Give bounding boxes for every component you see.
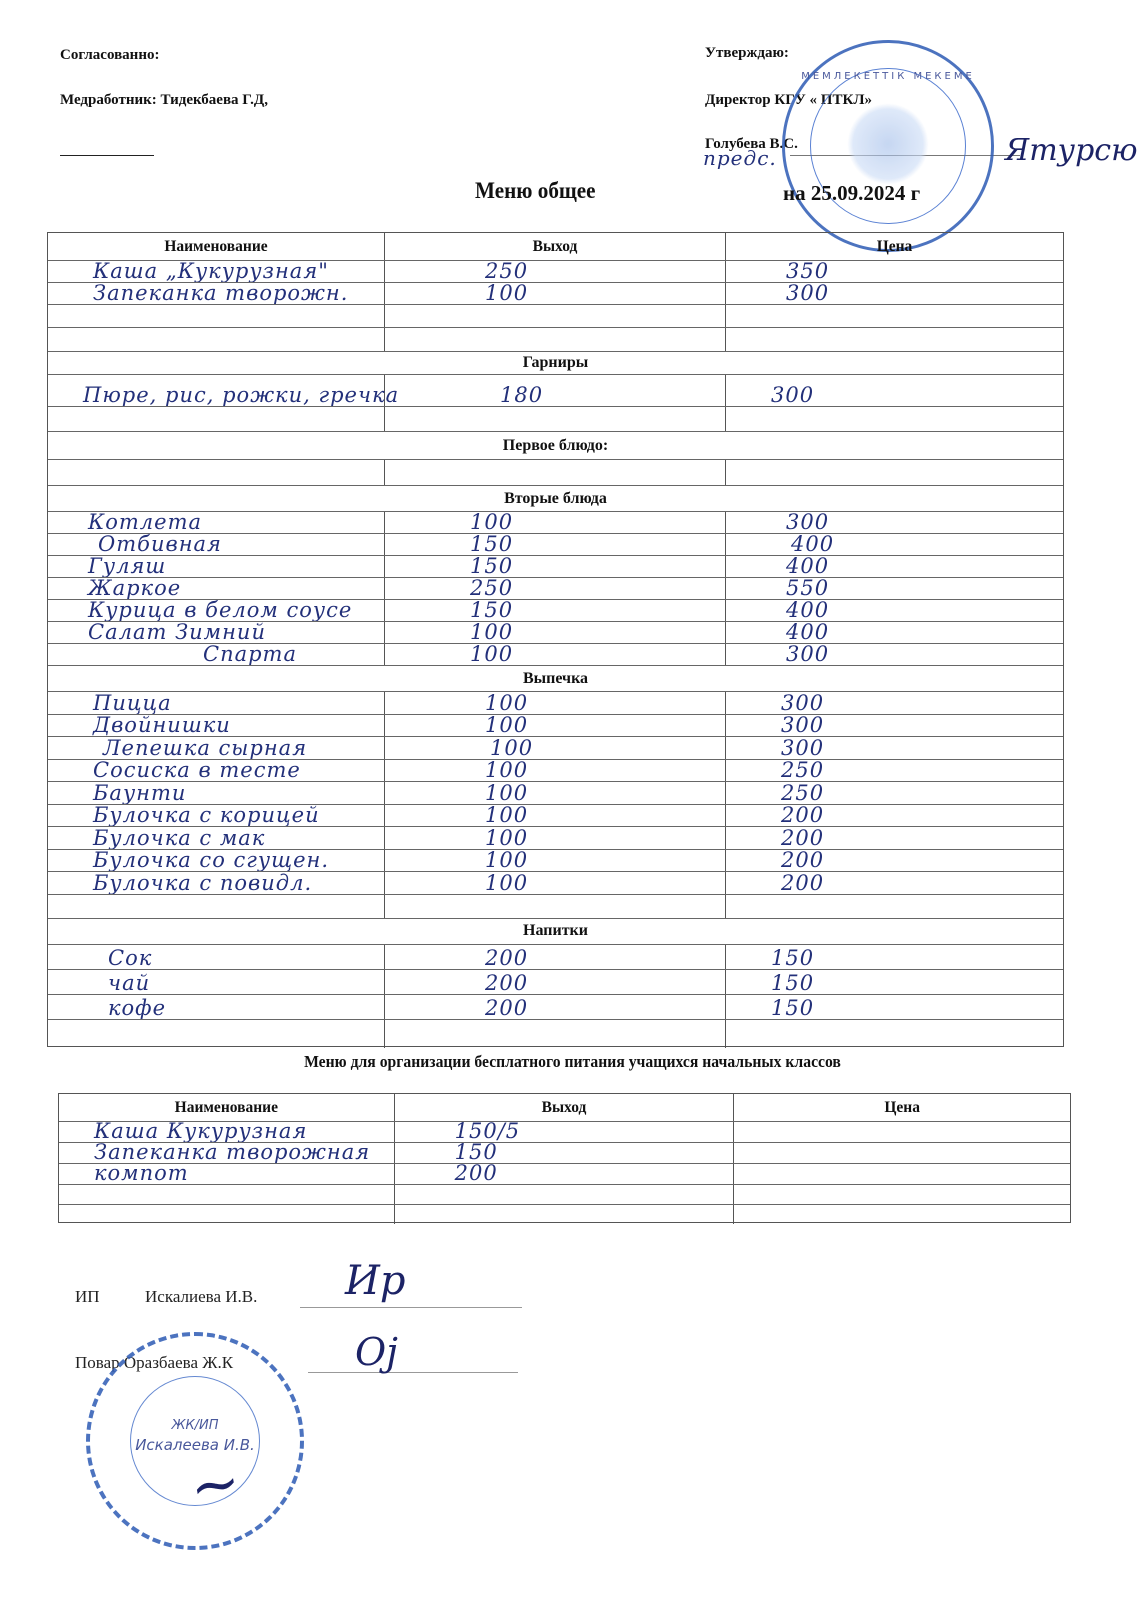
table-row: Булочка с корицей100200: [48, 804, 1063, 827]
cell-price: 250: [726, 782, 1063, 804]
ip-label: ИП: [75, 1287, 100, 1307]
item-price: 200: [781, 827, 824, 849]
cell-name: [59, 1205, 395, 1224]
cell-price: [726, 328, 1063, 351]
table-row: Запеканка творожн.100300: [48, 282, 1063, 304]
cell-price: 400: [726, 556, 1063, 577]
cell-output: [395, 1185, 735, 1204]
item-price: 150: [771, 972, 814, 994]
cell-price: [726, 407, 1063, 431]
section-row: Вторые блюда: [48, 485, 1063, 511]
cell-output: [395, 1205, 735, 1224]
cell-output: 100: [385, 827, 726, 849]
item-output: 100: [485, 759, 528, 781]
cell-name: Курица в белом соусе: [48, 600, 385, 621]
ip-signature: Ир: [345, 1258, 406, 1304]
table-row: Каша „Кукурузная"250350: [48, 260, 1063, 282]
cell-name: Запеканка творожн.: [48, 283, 385, 304]
item-name: компот: [94, 1162, 189, 1184]
item-name: Лепешка сырная: [103, 737, 307, 759]
cell-output: 150: [395, 1143, 735, 1163]
section-title: Выпечка: [48, 666, 1063, 691]
item-price: 400: [791, 533, 834, 555]
item-name: Каша Кукурузная: [94, 1120, 307, 1142]
cell-name: Жаркое: [48, 578, 385, 599]
cell-name: Двойнишки: [48, 715, 385, 737]
approve-label: Утверждаю:: [705, 45, 789, 62]
item-output: 200: [485, 972, 528, 994]
table-row: [48, 406, 1063, 431]
cell-output: 100: [385, 622, 726, 643]
table-row: Пюре, рис, рожки, гречка180300: [48, 374, 1063, 406]
item-price: 250: [781, 759, 824, 781]
item-price: 400: [786, 555, 829, 577]
cell-price: 150: [726, 945, 1063, 969]
cell-price: 550: [726, 578, 1063, 599]
cell-price: 400: [726, 534, 1063, 555]
section-title: Вторые блюда: [48, 486, 1063, 511]
cell-price: [734, 1122, 1070, 1142]
free-menu-table: НаименованиеВыходЦенаКаша Кукурузная150/…: [58, 1093, 1071, 1223]
table-row: Булочка с повидл.100200: [48, 871, 1063, 894]
cell-output: 200: [395, 1164, 735, 1184]
cell-price: 300: [726, 283, 1063, 304]
cell-output: 180: [385, 375, 726, 406]
cell-name: Пюре, рис, рожки, гречка: [48, 375, 385, 406]
item-price: 400: [786, 621, 829, 643]
item-name: Запеканка творожн.: [93, 282, 348, 304]
handwritten-note: предс.: [703, 146, 777, 170]
cell-price: 150: [726, 970, 1063, 994]
table-row: Пицца100300: [48, 691, 1063, 714]
cell-name: [48, 895, 385, 918]
stamp-top-text: МЕМЛЕКЕТТІК МЕКЕМЕ: [785, 71, 991, 82]
item-output: 100: [470, 621, 513, 643]
item-price: 150: [771, 997, 814, 1019]
cell-price: 300: [726, 715, 1063, 737]
cell-price: [734, 1164, 1070, 1184]
table-row: [59, 1204, 1070, 1224]
item-name: Булочка с повидл.: [93, 872, 312, 894]
item-output: 100: [485, 849, 528, 871]
cell-output: 150: [385, 534, 726, 555]
cell-name: [59, 1185, 395, 1204]
section-title: Гарниры: [48, 352, 1063, 374]
item-output: 200: [455, 1162, 498, 1184]
item-output: 100: [485, 804, 528, 826]
cell-name: Булочка со сгущен.: [48, 850, 385, 872]
item-price: 150: [771, 947, 814, 969]
table-row: Салат Зимний100400: [48, 621, 1063, 643]
item-output: 150/5: [455, 1120, 521, 1142]
item-output: 100: [490, 737, 533, 759]
section-row: Гарниры: [48, 351, 1063, 374]
item-price: 250: [781, 782, 824, 804]
cook-signature: Оj: [355, 1330, 398, 1374]
cell-output: 100: [385, 850, 726, 872]
cell-output: [385, 460, 726, 485]
medic-name: Медработник: Тидекбаева Г.Д,: [60, 92, 268, 109]
cell-name: Сок: [48, 945, 385, 969]
menu-title: Меню общее: [475, 178, 596, 204]
item-name: кофе: [108, 997, 166, 1019]
cell-price: [734, 1143, 1070, 1163]
cell-price: [734, 1185, 1070, 1204]
cell-name: Пицца: [48, 692, 385, 714]
cell-output: [385, 895, 726, 918]
cell-price: 300: [726, 512, 1063, 533]
cell-name: Запеканка творожная: [59, 1143, 395, 1163]
column-output: Выход: [395, 1094, 735, 1121]
item-name: Двойнишки: [93, 714, 231, 736]
column-name: Наименование: [48, 233, 385, 260]
item-name: Пицца: [93, 692, 172, 714]
stamp-line-1: ЖК/ИП: [90, 1418, 300, 1433]
cell-price: [726, 305, 1063, 327]
item-output: 150: [470, 533, 513, 555]
item-name: Булочка со сгущен.: [93, 849, 329, 871]
cell-output: 150: [385, 556, 726, 577]
item-output: 250: [485, 260, 528, 282]
cell-name: Баунти: [48, 782, 385, 804]
item-output: 100: [485, 827, 528, 849]
item-price: 200: [781, 872, 824, 894]
cell-name: Лепешка сырная: [48, 737, 385, 759]
item-name: Запеканка творожная: [94, 1141, 370, 1163]
cell-output: 100: [385, 512, 726, 533]
table-row: [48, 327, 1063, 351]
cell-output: 100: [385, 692, 726, 714]
table-row: Жаркое250550: [48, 577, 1063, 599]
table-row: Двойнишки100300: [48, 714, 1063, 737]
column-price: Цена: [726, 233, 1063, 260]
item-price: 350: [786, 260, 829, 282]
cell-output: [385, 407, 726, 431]
table-row: Сок200150: [48, 944, 1063, 969]
cook-signature-line: [308, 1372, 518, 1373]
cell-name: Каша „Кукурузная": [48, 261, 385, 282]
cell-price: 300: [726, 692, 1063, 714]
header-row: НаименованиеВыходЦена: [59, 1094, 1070, 1121]
cell-price: 300: [726, 737, 1063, 759]
table-row: [48, 459, 1063, 485]
item-price: 300: [786, 643, 829, 665]
cell-name: Спарта: [48, 644, 385, 665]
cell-output: 100: [385, 283, 726, 304]
emblem-icon: [847, 103, 929, 185]
item-price: 200: [781, 849, 824, 871]
cell-price: [734, 1205, 1070, 1224]
cell-price: 300: [726, 375, 1063, 406]
item-name: Спарта: [203, 643, 297, 665]
general-menu-table: НаименованиеВыходЦенаКаша „Кукурузная"25…: [47, 232, 1064, 1047]
cell-name: [48, 328, 385, 351]
table-row: Запеканка творожная150: [59, 1142, 1070, 1163]
cell-output: 150: [385, 600, 726, 621]
item-price: 300: [781, 737, 824, 759]
table-row: Котлета100300: [48, 511, 1063, 533]
item-price: 300: [786, 282, 829, 304]
table-row: [48, 894, 1063, 918]
cell-price: 400: [726, 600, 1063, 621]
cell-price: [726, 460, 1063, 485]
table-row: [48, 1019, 1063, 1049]
free-menu-title: Меню для организации бесплатного питания…: [29, 1052, 1117, 1072]
cell-name: Котлета: [48, 512, 385, 533]
table-row: Баунти100250: [48, 781, 1063, 804]
item-output: 150: [470, 555, 513, 577]
item-output: 200: [485, 997, 528, 1019]
section-title: Первое блюдо:: [48, 432, 1063, 459]
cell-output: [385, 305, 726, 327]
cell-output: 200: [385, 945, 726, 969]
item-price: 200: [781, 804, 824, 826]
official-stamp-top: МЕМЛЕКЕТТІК МЕКЕМЕ: [782, 40, 994, 252]
cell-price: 150: [726, 995, 1063, 1019]
section-row: Напитки: [48, 918, 1063, 944]
cell-price: 200: [726, 805, 1063, 827]
item-price: 550: [786, 577, 829, 599]
cell-name: чай: [48, 970, 385, 994]
table-row: Сосиска в тесте100250: [48, 759, 1063, 782]
item-name: Салат Зимний: [88, 621, 266, 643]
column-price: Цена: [734, 1094, 1070, 1121]
cell-output: 250: [385, 261, 726, 282]
item-price: 400: [786, 599, 829, 621]
cell-price: 200: [726, 872, 1063, 894]
cell-name: Булочка с мак: [48, 827, 385, 849]
cell-output: 100: [385, 715, 726, 737]
director-signature: Ятурсю: [1005, 133, 1138, 168]
cell-name: Гуляш: [48, 556, 385, 577]
item-name: Сосиска в тесте: [93, 759, 301, 781]
cell-price: 300: [726, 644, 1063, 665]
cell-output: 200: [385, 970, 726, 994]
table-row: Каша Кукурузная150/5: [59, 1121, 1070, 1142]
table-row: компот200: [59, 1163, 1070, 1184]
item-output: 150: [455, 1141, 498, 1163]
item-name: Булочка с корицей: [93, 804, 320, 826]
item-output: 100: [485, 782, 528, 804]
cell-name: Отбивная: [48, 534, 385, 555]
cell-output: [385, 328, 726, 351]
item-output: 250: [470, 577, 513, 599]
header-row: НаименованиеВыходЦена: [48, 233, 1063, 260]
item-output: 200: [485, 947, 528, 969]
cell-output: 150/5: [395, 1122, 735, 1142]
cell-output: 100: [385, 872, 726, 894]
item-name: Курица в белом соусе: [88, 599, 352, 621]
cell-name: [48, 460, 385, 485]
cell-output: 200: [385, 995, 726, 1019]
item-output: 100: [485, 714, 528, 736]
section-title: Напитки: [48, 919, 1063, 944]
cell-price: 200: [726, 850, 1063, 872]
cell-output: 100: [385, 737, 726, 759]
cell-name: [48, 407, 385, 431]
cell-name: кофе: [48, 995, 385, 1019]
table-row: чай200150: [48, 969, 1063, 994]
cell-price: 200: [726, 827, 1063, 849]
section-row: Выпечка: [48, 665, 1063, 691]
cell-price: 400: [726, 622, 1063, 643]
item-name: Жаркое: [88, 577, 181, 599]
cell-name: Каша Кукурузная: [59, 1122, 395, 1142]
cell-name: Булочка с корицей: [48, 805, 385, 827]
item-name: Гуляш: [88, 555, 166, 577]
table-row: Спарта100300: [48, 643, 1063, 665]
item-output: 100: [485, 872, 528, 894]
table-row: [59, 1184, 1070, 1204]
cell-name: [48, 1020, 385, 1049]
item-name: Каша „Кукурузная": [93, 260, 329, 282]
section-row: Первое блюдо:: [48, 431, 1063, 459]
cell-price: [726, 1020, 1063, 1049]
item-name: Баунти: [93, 782, 186, 804]
cell-output: 100: [385, 644, 726, 665]
cell-name: Сосиска в тесте: [48, 760, 385, 782]
column-output: Выход: [385, 233, 726, 260]
item-output: 180: [500, 384, 543, 406]
cell-price: [726, 895, 1063, 918]
stamp-line-2: Искалеева И.В.: [90, 1436, 300, 1454]
table-row: Курица в белом соусе150400: [48, 599, 1063, 621]
item-name: Пюре, рис, рожки, гречка: [83, 384, 399, 406]
item-name: Сок: [108, 947, 152, 969]
cell-price: 250: [726, 760, 1063, 782]
cell-output: 100: [385, 760, 726, 782]
cell-output: [385, 1020, 726, 1049]
item-output: 100: [470, 511, 513, 533]
cell-name: [48, 305, 385, 327]
ip-name: Искалиева И.В.: [145, 1287, 257, 1307]
item-name: Булочка с мак: [93, 827, 265, 849]
table-row: Булочка со сгущен.100200: [48, 849, 1063, 872]
table-row: кофе200150: [48, 994, 1063, 1019]
table-row: Булочка с мак100200: [48, 826, 1063, 849]
agreed-label: Согласованно:: [60, 47, 159, 64]
item-output: 100: [485, 692, 528, 714]
item-output: 150: [470, 599, 513, 621]
cell-name: Салат Зимний: [48, 622, 385, 643]
item-name: Отбивная: [98, 533, 222, 555]
table-row: Гуляш150400: [48, 555, 1063, 577]
item-name: Котлета: [88, 511, 202, 533]
column-name: Наименование: [59, 1094, 395, 1121]
item-output: 100: [485, 282, 528, 304]
table-row: Отбивная150400: [48, 533, 1063, 555]
ip-signature-line: [300, 1307, 522, 1308]
cell-name: Булочка с повидл.: [48, 872, 385, 894]
cell-output: 100: [385, 805, 726, 827]
item-price: 300: [771, 384, 814, 406]
item-name: чай: [108, 972, 150, 994]
cell-name: компот: [59, 1164, 395, 1184]
item-price: 300: [786, 511, 829, 533]
item-output: 100: [470, 643, 513, 665]
cell-output: 250: [385, 578, 726, 599]
menu-date: на 25.09.2024 г: [783, 181, 920, 206]
item-price: 300: [781, 692, 824, 714]
cell-price: 350: [726, 261, 1063, 282]
medic-signature-line: [60, 155, 154, 156]
table-row: Лепешка сырная100300: [48, 736, 1063, 759]
item-price: 300: [781, 714, 824, 736]
table-row: [48, 304, 1063, 327]
cell-output: 100: [385, 782, 726, 804]
